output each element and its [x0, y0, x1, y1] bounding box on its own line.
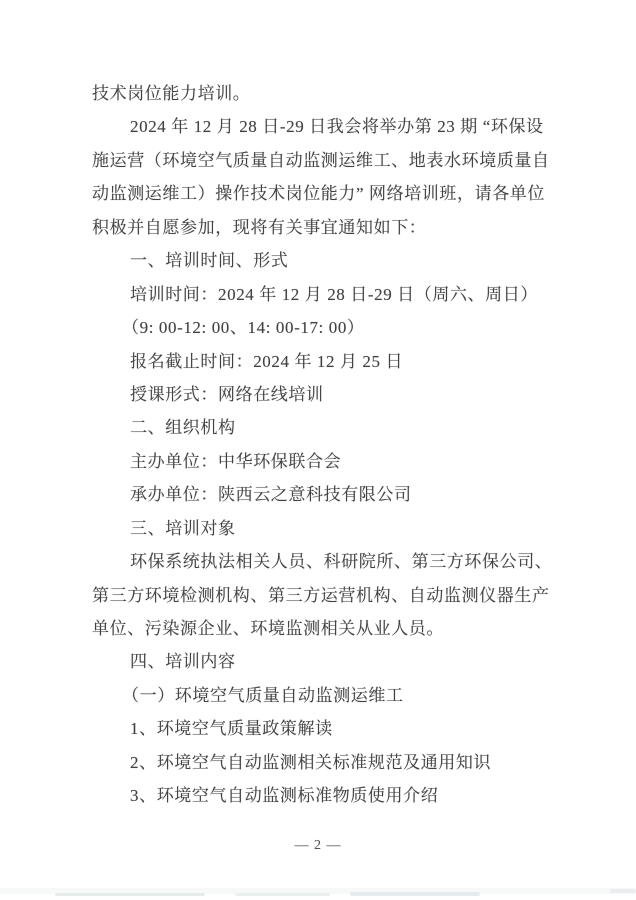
document-line: 2024 年 12 月 28 日-29 日我会将举办第 23 期 “环保设 — [92, 110, 570, 143]
document-line: 施运营（环境空气质量自动监测运维工、地表水环境质量自 — [92, 144, 570, 177]
page-number: — 2 — — [0, 838, 636, 854]
document-line: 承办单位：陕西云之意科技有限公司 — [92, 478, 570, 511]
document-line: 技术岗位能力培训。 — [92, 77, 570, 110]
document-line: 第三方环境检测机构、第三方运营机构、自动监测仪器生产 — [92, 579, 570, 612]
document-line: 环保系统执法相关人员、科研院所、第三方环保公司、 — [92, 545, 570, 578]
document-line: 积极并自愿参加，现将有关事宜通知如下： — [92, 211, 570, 244]
section-heading: 三、培训对象 — [92, 512, 570, 545]
section-heading: 一、培训时间、形式 — [92, 244, 570, 277]
document-line: 主办单位：中华环保联合会 — [92, 445, 570, 478]
scan-artifact — [55, 893, 205, 896]
document-line: 动监测运维工）操作技术岗位能力” 网络培训班，请各单位 — [92, 177, 570, 210]
section-heading: 二、组织机构 — [92, 411, 570, 444]
list-item: 3、环境空气自动监测标准物质使用介绍 — [92, 779, 570, 812]
list-item: 2、环境空气自动监测相关标准规范及通用知识 — [92, 746, 570, 779]
scan-artifact — [350, 892, 480, 896]
scan-artifact — [0, 888, 636, 894]
section-heading: 四、培训内容 — [92, 645, 570, 678]
scan-artifact — [610, 889, 636, 893]
document-line: 单位、污染源企业、环境监测相关从业人员。 — [92, 612, 570, 645]
list-item: 1、环境空气质量政策解读 — [92, 712, 570, 745]
scan-artifact — [235, 893, 330, 896]
document-body: 技术岗位能力培训。 2024 年 12 月 28 日-29 日我会将举办第 23… — [92, 77, 570, 813]
document-line: 报名截止时间：2024 年 12 月 25 日 — [92, 345, 570, 378]
document-line: 授课形式：网络在线培训 — [92, 378, 570, 411]
document-line: （9: 00-12: 00、14: 00-17: 00） — [92, 311, 570, 344]
document-line: 培训时间：2024 年 12 月 28 日-29 日（周六、周日） — [92, 278, 570, 311]
subsection-heading: （一）环境空气质量自动监测运维工 — [92, 679, 570, 712]
document-page: 技术岗位能力培训。 2024 年 12 月 28 日-29 日我会将举办第 23… — [0, 0, 636, 900]
